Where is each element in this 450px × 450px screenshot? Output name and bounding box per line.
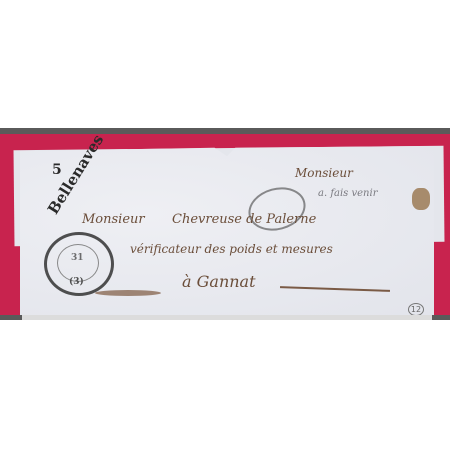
letter-photograph: 5 Bellenaves 31 (3) Monsieur a. fais ven… (0, 128, 450, 320)
address-town: à Gannat (182, 272, 256, 291)
photo-top-border (0, 128, 450, 134)
paper-stain (412, 188, 430, 210)
rate-marking: 5 (52, 162, 62, 178)
address-salutation: Monsieur (82, 212, 145, 227)
brush-stroke (95, 290, 161, 296)
address-top-right-1: Monsieur (295, 166, 353, 180)
photo-bottom-light (22, 315, 432, 320)
date-stamp-dept: (3) (69, 277, 84, 287)
circular-date-stamp: 31 (3) (44, 232, 114, 296)
address-top-right-2: a. fais venir (318, 188, 377, 199)
address-name: Chevreuse de Palerne (172, 212, 316, 227)
date-stamp-day: 31 (71, 253, 84, 263)
address-occupation: vérificateur des poids et mesures (130, 242, 333, 256)
